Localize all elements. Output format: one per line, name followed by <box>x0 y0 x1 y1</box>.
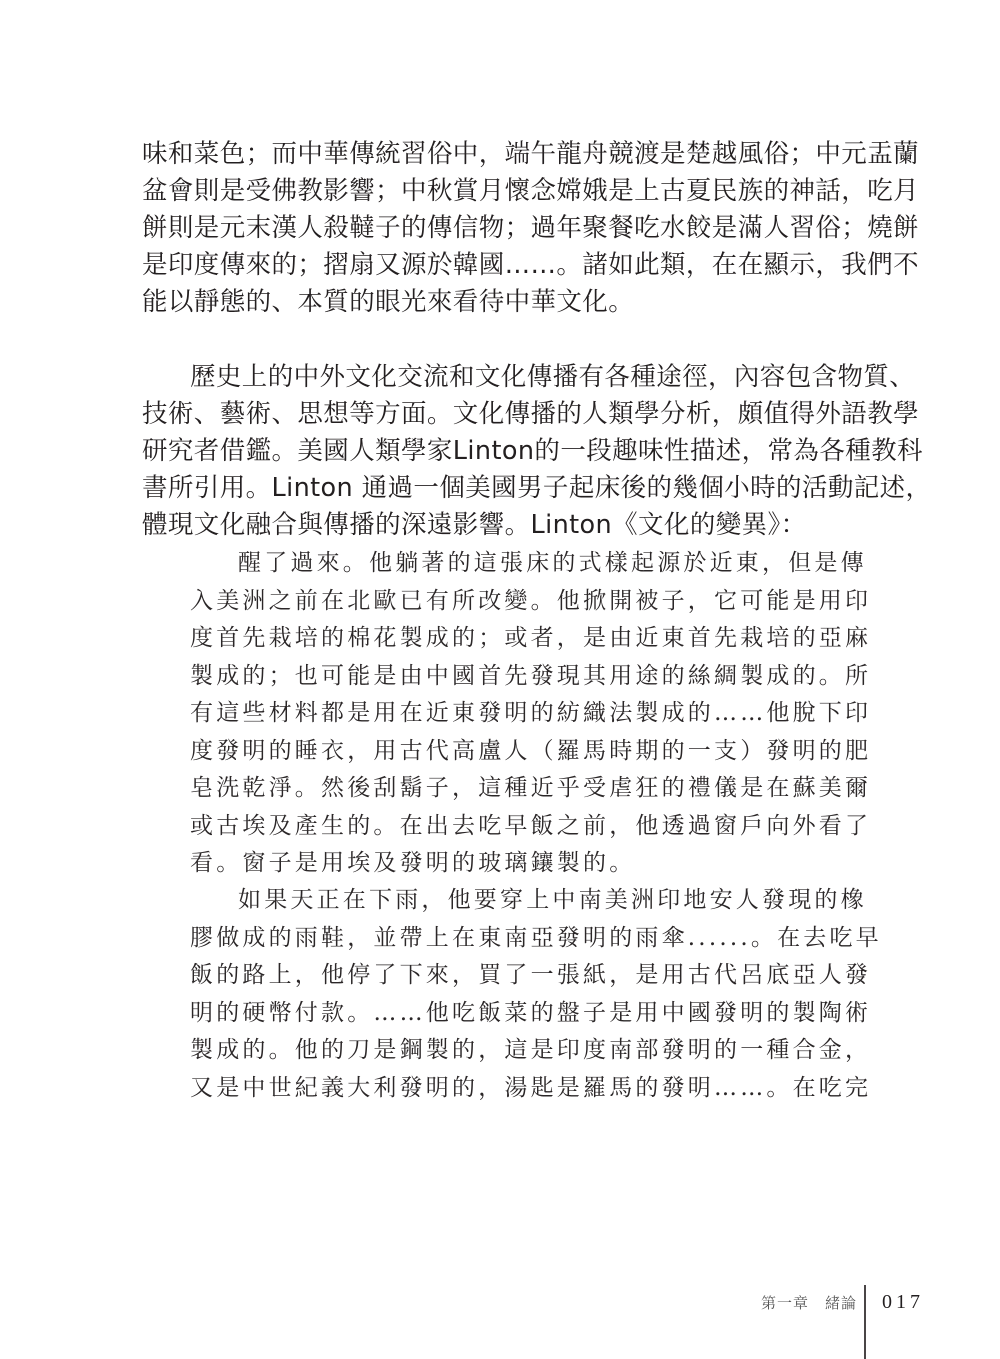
quote-line: 明的硬幣付款。……他吃飯菜的盤子是用中國發明的製陶術 <box>190 995 822 1033</box>
quote-line: 膠做成的雨鞋，並帶上在東南亞發明的雨傘......。在去吃早 <box>190 920 822 958</box>
text-line: 盆會則是受佛教影響；中秋賞月懷念嫦娥是上古夏民族的神話，吃月 <box>142 173 882 210</box>
quote-line: 或古埃及產生的。在出去吃早飯之前，他透過窗戶向外看了 <box>190 808 822 846</box>
footer-divider <box>864 1285 866 1359</box>
quote-line: 又是中世紀義大利發明的，湯匙是羅馬的發明……。在吃完 <box>190 1070 822 1108</box>
quote-line: 如果天正在下雨，他要穿上中南美洲印地安人發現的橡 <box>190 882 822 920</box>
page-number: 017 <box>882 1291 924 1314</box>
quote-line: 製成的。他的刀是鋼製的，這是印度南部發明的一種合金， <box>190 1032 822 1070</box>
text-line: 餅則是元末漢人殺韃子的傳信物；過年聚餐吃水餃是滿人習俗；燒餅 <box>142 210 882 247</box>
body-paragraph-1: 味和菜色；而中華傳統習俗中，端午龍舟競渡是楚越風俗；中元盂蘭 盆會則是受佛教影響… <box>142 136 882 321</box>
text-line: 技術、藝術、思想等方面。文化傳播的人類學分析，頗值得外語教學 <box>142 396 882 433</box>
body-paragraph-2: 歷史上的中外文化交流和文化傳播有各種途徑，內容包含物質、 技術、藝術、思想等方面… <box>142 359 882 544</box>
quote-line: 醒了過來。他躺著的這張床的式樣起源於近東，但是傳 <box>190 545 822 583</box>
quote-line: 有這些材料都是用在近東發明的紡織法製成的……他脫下印 <box>190 695 822 733</box>
block-quote-paragraph-2: 如果天正在下雨，他要穿上中南美洲印地安人發現的橡 膠做成的雨鞋，並帶上在東南亞發… <box>190 882 822 1107</box>
quote-line: 度首先栽培的棉花製成的；或者，是由近東首先栽培的亞麻 <box>190 620 822 658</box>
quote-line: 飯的路上，他停了下來，買了一張紙，是用古代呂底亞人發 <box>190 957 822 995</box>
block-quote-paragraph-1: 醒了過來。他躺著的這張床的式樣起源於近東，但是傳 入美洲之前在北歐已有所改變。他… <box>190 545 822 883</box>
text-line: 體現文化融合與傳播的深遠影響。Linton《文化的變異》： <box>142 507 882 544</box>
running-footer-chapter: 第一章 緒論 <box>761 1292 857 1313</box>
text-line: 書所引用。Linton 通過一個美國男子起床後的幾個小時的活動記述， <box>142 470 882 507</box>
text-line: 研究者借鑑。美國人類學家Linton的一段趣味性描述，常為各種教科 <box>142 433 882 470</box>
quote-line: 看。窗子是用埃及發明的玻璃鑲製的。 <box>190 845 822 883</box>
quote-line: 入美洲之前在北歐已有所改變。他掀開被子，它可能是用印 <box>190 583 822 621</box>
book-page: 味和菜色；而中華傳統習俗中，端午龍舟競渡是楚越風俗；中元盂蘭 盆會則是受佛教影響… <box>0 0 1000 1359</box>
text-line: 味和菜色；而中華傳統習俗中，端午龍舟競渡是楚越風俗；中元盂蘭 <box>142 136 882 173</box>
text-line: 是印度傳來的；摺扇又源於韓國……。諸如此類，在在顯示，我們不 <box>142 247 882 284</box>
text-line: 能以靜態的、本質的眼光來看待中華文化。 <box>142 284 882 321</box>
quote-line: 度發明的睡衣，用古代高盧人（羅馬時期的一支）發明的肥 <box>190 733 822 771</box>
quote-line: 皂洗乾淨。然後刮鬍子，這種近乎受虐狂的禮儀是在蘇美爾 <box>190 770 822 808</box>
text-line: 歷史上的中外文化交流和文化傳播有各種途徑，內容包含物質、 <box>142 359 882 396</box>
quote-line: 製成的；也可能是由中國首先發現其用途的絲綢製成的。所 <box>190 658 822 696</box>
